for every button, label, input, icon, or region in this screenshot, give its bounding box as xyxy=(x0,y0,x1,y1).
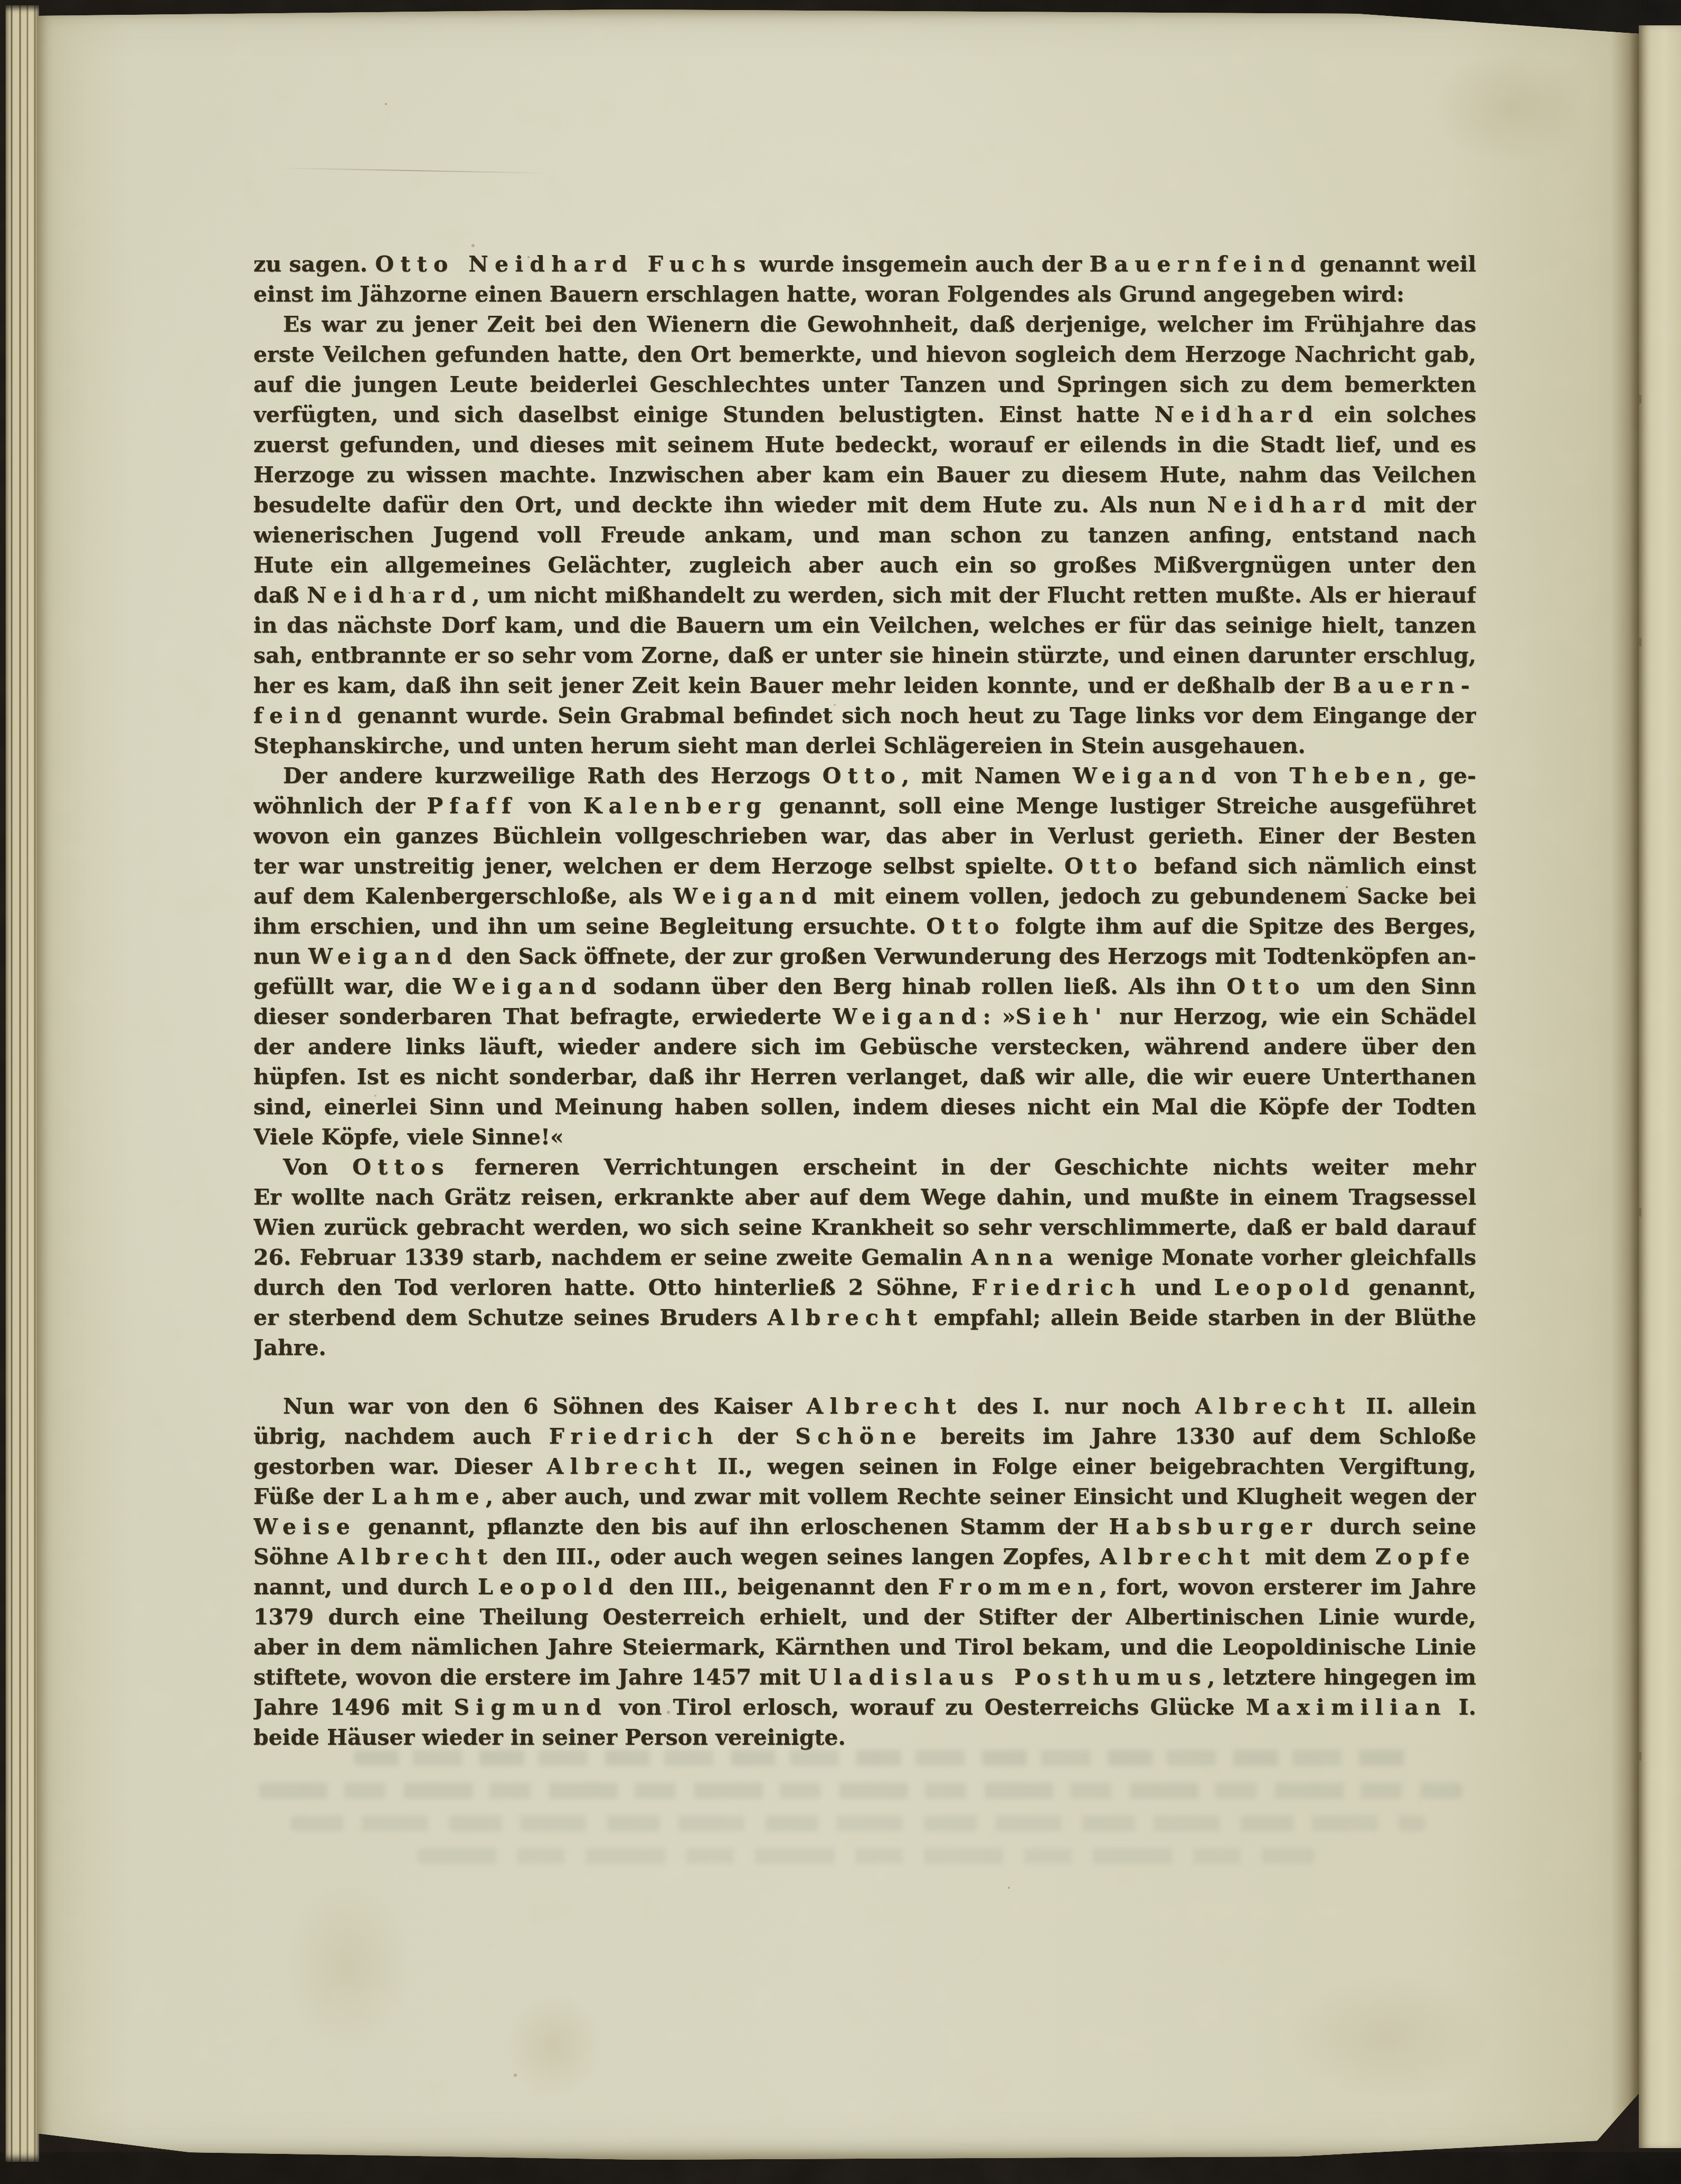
stacked-page-edges xyxy=(4,5,39,2162)
text-line: nannt, und durch Leopold den III., beige… xyxy=(253,1572,1476,1602)
bleed-line xyxy=(259,1783,1462,1799)
text-line: beide Häuser wieder in seiner Person ver… xyxy=(253,1722,1476,1753)
text-line: stiftete, wovon die erstere im Jahre 145… xyxy=(253,1662,1476,1692)
text-line: Füße der Lahme, aber auch, und zwar mit … xyxy=(253,1482,1476,1512)
bleed-line xyxy=(290,1815,1425,1831)
paper-stain xyxy=(486,1972,623,2120)
text-line: in das nächste Dorf kam, und die Bauern … xyxy=(253,610,1476,641)
text-line: sind, einerlei Sinn und Meinung haben so… xyxy=(253,1092,1476,1122)
bleed-line xyxy=(417,1848,1315,1864)
text-line: Viele Köpfe, viele Sinne!« xyxy=(253,1122,1476,1152)
verso-bleed-through xyxy=(259,1750,1489,1881)
text-line: zuerst gefunden, und dieses mit seinem H… xyxy=(253,430,1476,460)
gutter-shadow xyxy=(1611,7,1639,2160)
text-line: einst im Jähzorne einen Bauern erschlage… xyxy=(253,279,1476,309)
text-line: gestorben war. Dieser Albrecht II., wege… xyxy=(253,1452,1476,1482)
text-line: auf dem Kalenbergerschloße, als Weigand … xyxy=(253,881,1476,911)
text-line: verfügten, und sich daselbst einige Stun… xyxy=(253,400,1476,430)
text-line: nun Weigand den Sack öffnete, der zur gr… xyxy=(253,942,1476,972)
text-line: Von Ottos ferneren Verrichtungen erschei… xyxy=(253,1152,1476,1182)
page-fold-notch xyxy=(1639,1208,1641,1217)
text-line: feind genannt wurde. Sein Grabmal befind… xyxy=(253,701,1476,731)
text-line: erste Veilchen gefunden hatte, den Ort b… xyxy=(253,340,1476,370)
text-line: Es war zu jener Zeit bei den Wienern die… xyxy=(253,309,1476,340)
text-line: Nun war von den 6 Söhnen des Kaiser Albr… xyxy=(253,1391,1476,1422)
paragraph: Es war zu jener Zeit bei den Wienern die… xyxy=(253,309,1476,761)
paragraph: Nun war von den 6 Söhnen des Kaiser Albr… xyxy=(253,1391,1476,1753)
text-line: besudelte dafür den Ort, und deckte ihn … xyxy=(253,490,1476,520)
text-line: Er wollte nach Grätz reisen, erkrankte a… xyxy=(253,1182,1476,1212)
text-line: 1379 durch eine Theilung Oesterreich erh… xyxy=(253,1602,1476,1632)
page-fold-notch xyxy=(1639,638,1641,646)
text-line: er sterbend dem Schutze seines Bruders A… xyxy=(253,1303,1476,1333)
paper-stain xyxy=(1399,29,1621,187)
paper-stain xyxy=(259,1845,438,2088)
text-line: her es kam, daß ihn seit jener Zeit kein… xyxy=(253,671,1476,701)
text-line: Stephanskirche, und unten herum sieht ma… xyxy=(253,731,1476,761)
text-line: wöhnlich der Pfaff von Kalenberg genannt… xyxy=(253,791,1476,821)
text-line: daß Neidhard, um nicht mißhandelt zu wer… xyxy=(253,580,1476,610)
paper-crease xyxy=(275,167,549,174)
text-line: Jahre 1496 mit Sigmund von Tirol erlosch… xyxy=(253,1692,1476,1722)
text-line: Jahre. xyxy=(253,1333,1476,1363)
next-page-edge xyxy=(1639,25,1681,2148)
paragraph: zu sagen. Otto Neidhard Fuchs wurde insg… xyxy=(253,249,1476,309)
book-scan: { "colors": { "paper": "#d6d4bc", "ink":… xyxy=(0,0,1681,2184)
scanned-page: zu sagen. Otto Neidhard Fuchs wurde insg… xyxy=(37,7,1639,2160)
page-text: zu sagen. Otto Neidhard Fuchs wurde insg… xyxy=(253,249,1476,1753)
text-line: wienerischen Jugend voll Freude ankam, u… xyxy=(253,520,1476,550)
text-line: gefüllt war, die Weigand sodann über den… xyxy=(253,972,1476,1002)
text-line: durch den Tod verloren hatte. Otto hinte… xyxy=(253,1273,1476,1303)
bleed-line xyxy=(354,1750,1410,1766)
text-line: Hute ein allgemeines Gelächter, zugleich… xyxy=(253,550,1476,580)
text-line: hüpfen. Ist es nicht sonderbar, daß ihr … xyxy=(253,1062,1476,1092)
text-line: ter war unstreitig jener, welchen er dem… xyxy=(253,851,1476,881)
text-line: Der andere kurzweilige Rath des Herzogs … xyxy=(253,761,1476,791)
text-line: Söhne Albrecht den III., oder auch wegen… xyxy=(253,1542,1476,1572)
text-line: dieser sonderbaren That befragte, erwied… xyxy=(253,1002,1476,1032)
text-line: 26. Februar 1339 starb, nachdem er seine… xyxy=(253,1242,1476,1273)
text-line: Wien zurück gebracht werden, wo sich sei… xyxy=(253,1212,1476,1242)
text-line: wovon ein ganzes Büchlein vollgeschriebe… xyxy=(253,821,1476,851)
text-line: Weise genannt, pflanzte den bis auf ihn … xyxy=(253,1512,1476,1542)
page-fold-notch xyxy=(1639,395,1641,403)
paper-stain xyxy=(1241,1951,1536,2125)
text-line: zu sagen. Otto Neidhard Fuchs wurde insg… xyxy=(253,249,1476,279)
text-line: ihm erschien, und ihn um seine Begleitun… xyxy=(253,911,1476,942)
paragraph: Der andere kurzweilige Rath des Herzogs … xyxy=(253,761,1476,1152)
page-fold-notch xyxy=(1639,1752,1641,1761)
text-line: auf die jungen Leute beiderlei Geschlech… xyxy=(253,370,1476,400)
text-line: sah, entbrannte er so sehr vom Zorne, da… xyxy=(253,641,1476,671)
text-line: übrig, nachdem auch Friedrich der Schöne… xyxy=(253,1422,1476,1452)
text-line: Herzoge zu wissen machte. Inzwischen abe… xyxy=(253,460,1476,490)
text-line: der andere links läuft, wieder andere si… xyxy=(253,1032,1476,1062)
text-line: aber in dem nämlichen Jahre Steiermark, … xyxy=(253,1632,1476,1662)
paragraph: Von Ottos ferneren Verrichtungen erschei… xyxy=(253,1152,1476,1363)
